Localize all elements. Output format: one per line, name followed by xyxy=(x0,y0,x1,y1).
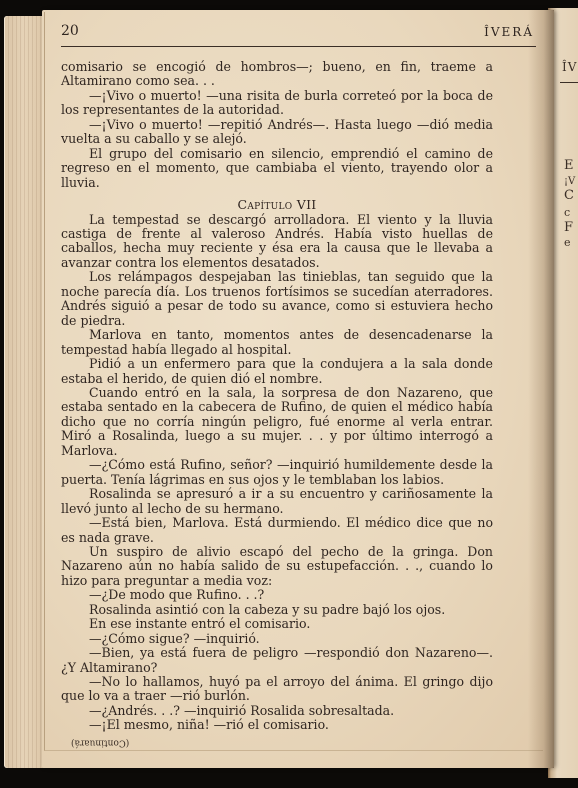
facing-page-letter: c xyxy=(564,206,570,219)
paragraph: —¡Vivo o muerto! —una risita de burla co… xyxy=(61,89,493,118)
gutter-shadow xyxy=(528,10,554,768)
paragraph: —Bien, ya está fuera de peligro —respond… xyxy=(61,646,493,675)
paragraph: En ese instante entró el comisario. xyxy=(61,617,493,631)
facing-page-letter: F xyxy=(564,220,573,235)
paragraph: —No lo hallamos, huyó pa el arroyo del á… xyxy=(61,675,493,704)
paragraph: El grupo del comisario en silencio, empr… xyxy=(61,147,493,190)
facing-page-rule xyxy=(560,82,578,83)
paragraph: Los relámpagos despejaban las tinieblas,… xyxy=(61,270,493,328)
paragraph: —Está bien, Marlova. Está durmiendo. El … xyxy=(61,516,493,545)
paragraph: Marlova en tanto, momentos antes de dese… xyxy=(61,328,493,357)
paragraph: La tempestad se descargó arrolladora. El… xyxy=(61,213,493,271)
paragraph: —¿Cómo sigue? —inquirió. xyxy=(61,632,493,646)
paragraph: Un suspiro de alivio escapó del pecho de… xyxy=(61,545,493,588)
chapter-heading: Capítulo VII xyxy=(61,198,493,212)
page-number: 20 xyxy=(61,23,79,39)
paragraph: —¿Andrés. . .? —inquirió Rosalida sobres… xyxy=(61,704,493,718)
facing-page-letter: C xyxy=(564,188,574,203)
header-rule xyxy=(61,46,536,47)
paragraph: —¿De modo que Rufino. . .? xyxy=(61,588,493,602)
paragraph: —¿Cómo está Rufino, señor? —inquirió hum… xyxy=(61,458,493,487)
paragraph: Cuando entró en la sala, la sorpresa de … xyxy=(61,386,493,458)
paragraph: Pidió a un enfermero para que la conduje… xyxy=(61,357,493,386)
paragraph: comisario se encogió de hombros—; bueno,… xyxy=(61,60,493,89)
continuation-note: (Continuará) xyxy=(71,735,129,749)
running-title: ÎVERÁ xyxy=(484,25,534,39)
pre-chapter-paragraphs: comisario se encogió de hombros—; bueno,… xyxy=(61,60,493,190)
paragraph: Rosalinda se apresuró a ir a su encuentr… xyxy=(61,487,493,516)
chapter-paragraphs: La tempestad se descargó arrolladora. El… xyxy=(61,213,493,733)
facing-page-letter: ¡V xyxy=(564,176,575,187)
paragraph: —¡El mesmo, niña! —rió el comisario. xyxy=(61,718,493,732)
facing-page-running-title: ÎV xyxy=(562,60,577,74)
running-head: 20 ÎVERÁ xyxy=(61,23,534,41)
facing-page-letter: e xyxy=(564,236,571,249)
paragraph: —¡Vivo o muerto! —repitió Andrés—. Hasta… xyxy=(61,118,493,147)
chapter-title: Capítulo VII xyxy=(237,197,316,212)
body-text: comisario se encogió de hombros—; bueno,… xyxy=(61,60,493,749)
paragraph: Rosalinda asintió con la cabeza y su pad… xyxy=(61,603,493,617)
facing-page-letter: E xyxy=(564,158,574,173)
